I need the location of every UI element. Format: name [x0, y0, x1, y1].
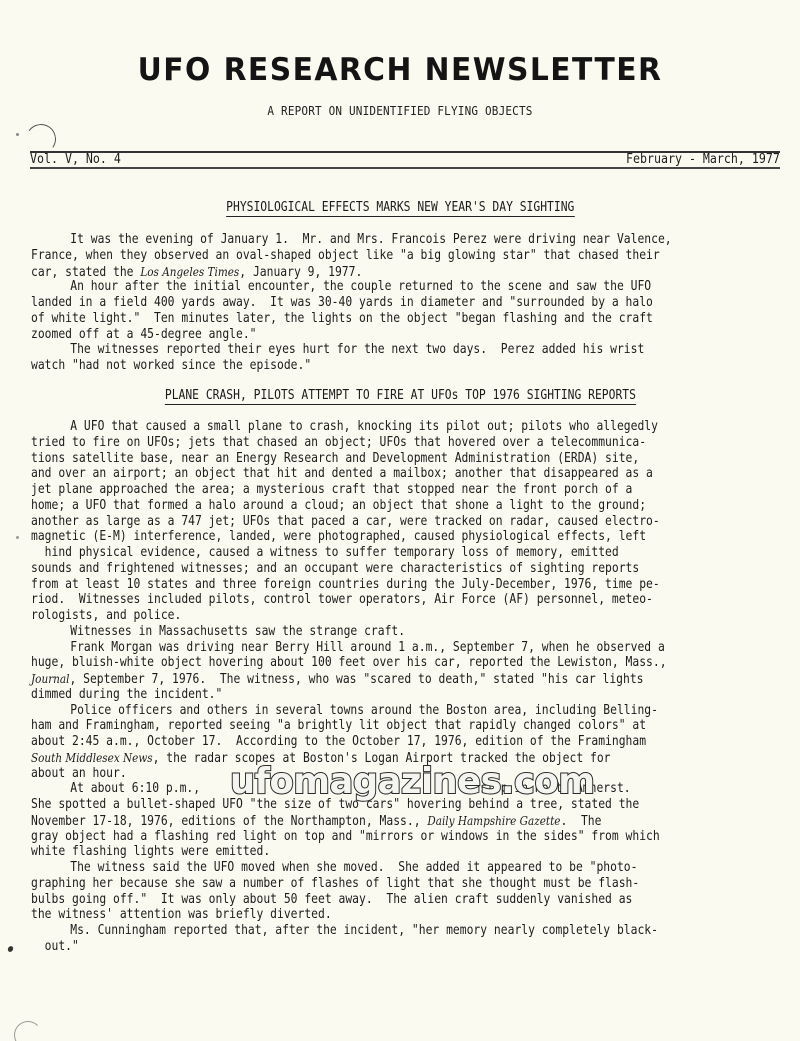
masthead-rule-bottom [30, 167, 780, 169]
text-line: Ms. Cunningham reported that, after the … [31, 923, 666, 939]
text-line: sounds and frightened witnesses; and an … [31, 561, 666, 577]
article-2-body: A UFO that caused a small plane to crash… [31, 419, 791, 955]
text-line: watch "had not worked since the episode.… [31, 358, 666, 374]
text-line: Frank Morgan was driving near Berry Hill… [31, 640, 666, 656]
article-2-headline: PLANE CRASH, PILOTS ATTEMPT TO FIRE AT U… [0, 387, 800, 405]
text-line: zoomed off at a 45-degree angle." [31, 327, 666, 343]
text-line: from at least 10 states and three foreig… [31, 577, 666, 593]
text-line: graphing her because she saw a number of… [31, 876, 666, 892]
volume-number: Vol. V, No. 4 [30, 151, 121, 167]
scan-speck [16, 133, 19, 136]
text-line: car, stated the Los Angeles Times, Janua… [31, 264, 666, 280]
punch-hole-mark [14, 1021, 42, 1041]
watermark: ufomagazines.com [230, 761, 594, 802]
text-line: riod. Witnesses included pilots, control… [31, 592, 666, 608]
text-line: November 17-18, 1976, editions of the No… [31, 813, 666, 829]
text-line: and over an airport; an object that hit … [31, 466, 666, 482]
text-line: about 2:45 a.m., October 17. According t… [31, 734, 666, 750]
text-line: gray object had a flashing red light on … [31, 829, 666, 845]
issue-line: Vol. V, No. 4 February - March, 1977 [30, 151, 780, 167]
text-line: huge, bluish-white object hovering about… [31, 655, 666, 671]
scan-speck [16, 536, 19, 539]
text-line: tried to fire on UFOs; jets that chased … [31, 435, 666, 451]
issue-date: February - March, 1977 [626, 151, 780, 167]
article-1-headline: PHYSIOLOGICAL EFFECTS MARKS NEW YEAR'S D… [0, 199, 800, 217]
newsletter-title: UFO RESEARCH NEWSLETTER [16, 52, 784, 88]
article-1-body: It was the evening of January 1. Mr. and… [31, 232, 791, 374]
text-line: another as large as a 747 jet; UFOs that… [31, 514, 666, 530]
text-line: of white light." Ten minutes later, the … [31, 311, 666, 327]
text-line: The witness said the UFO moved when she … [31, 860, 666, 876]
text-line: rologists, and police. [31, 608, 666, 624]
text-line: It was the evening of January 1. Mr. and… [31, 232, 666, 248]
publication-name: Los Angeles Times [140, 264, 239, 279]
text-line: white flashing lights were emitted. [31, 844, 666, 860]
text-line: The witnesses reported their eyes hurt f… [31, 342, 666, 358]
publication-name: Daily Hampshire Gazette [427, 813, 560, 828]
text-line: home; a UFO that formed a halo around a … [31, 498, 666, 514]
text-line: A UFO that caused a small plane to crash… [31, 419, 666, 435]
newsletter-page: UFO RESEARCH NEWSLETTER A REPORT ON UNID… [0, 0, 800, 1041]
text-line: France, when they observed an oval-shape… [31, 248, 666, 264]
text-line: dimmed during the incident." [31, 687, 666, 703]
scan-speck [7, 945, 14, 953]
text-line: out." [31, 939, 666, 955]
newsletter-subtitle: A REPORT ON UNIDENTIFIED FLYING OBJECTS [48, 103, 752, 118]
text-line: jet plane approached the area; a mysteri… [31, 482, 666, 498]
text-line: tions satellite base, near an Energy Res… [31, 451, 666, 467]
text-line: hind physical evidence, caused a witness… [31, 545, 666, 561]
text-line: Witnesses in Massachusetts saw the stran… [31, 624, 666, 640]
text-line: bulbs going off." It was only about 50 f… [31, 892, 666, 908]
text-line: ham and Framingham, reported seeing "a b… [31, 718, 666, 734]
text-line: the witness' attention was briefly diver… [31, 907, 666, 923]
text-line: Journal, September 7, 1976. The witness,… [31, 671, 666, 687]
text-line: Police officers and others in several to… [31, 703, 666, 719]
publication-name: Journal [31, 671, 69, 686]
text-line: An hour after the initial encounter, the… [31, 279, 666, 295]
publication-name: South Middlesex News [31, 750, 153, 765]
text-line: landed in a field 400 yards away. It was… [31, 295, 666, 311]
text-line: magnetic (E-M) interference, landed, wer… [31, 529, 666, 545]
